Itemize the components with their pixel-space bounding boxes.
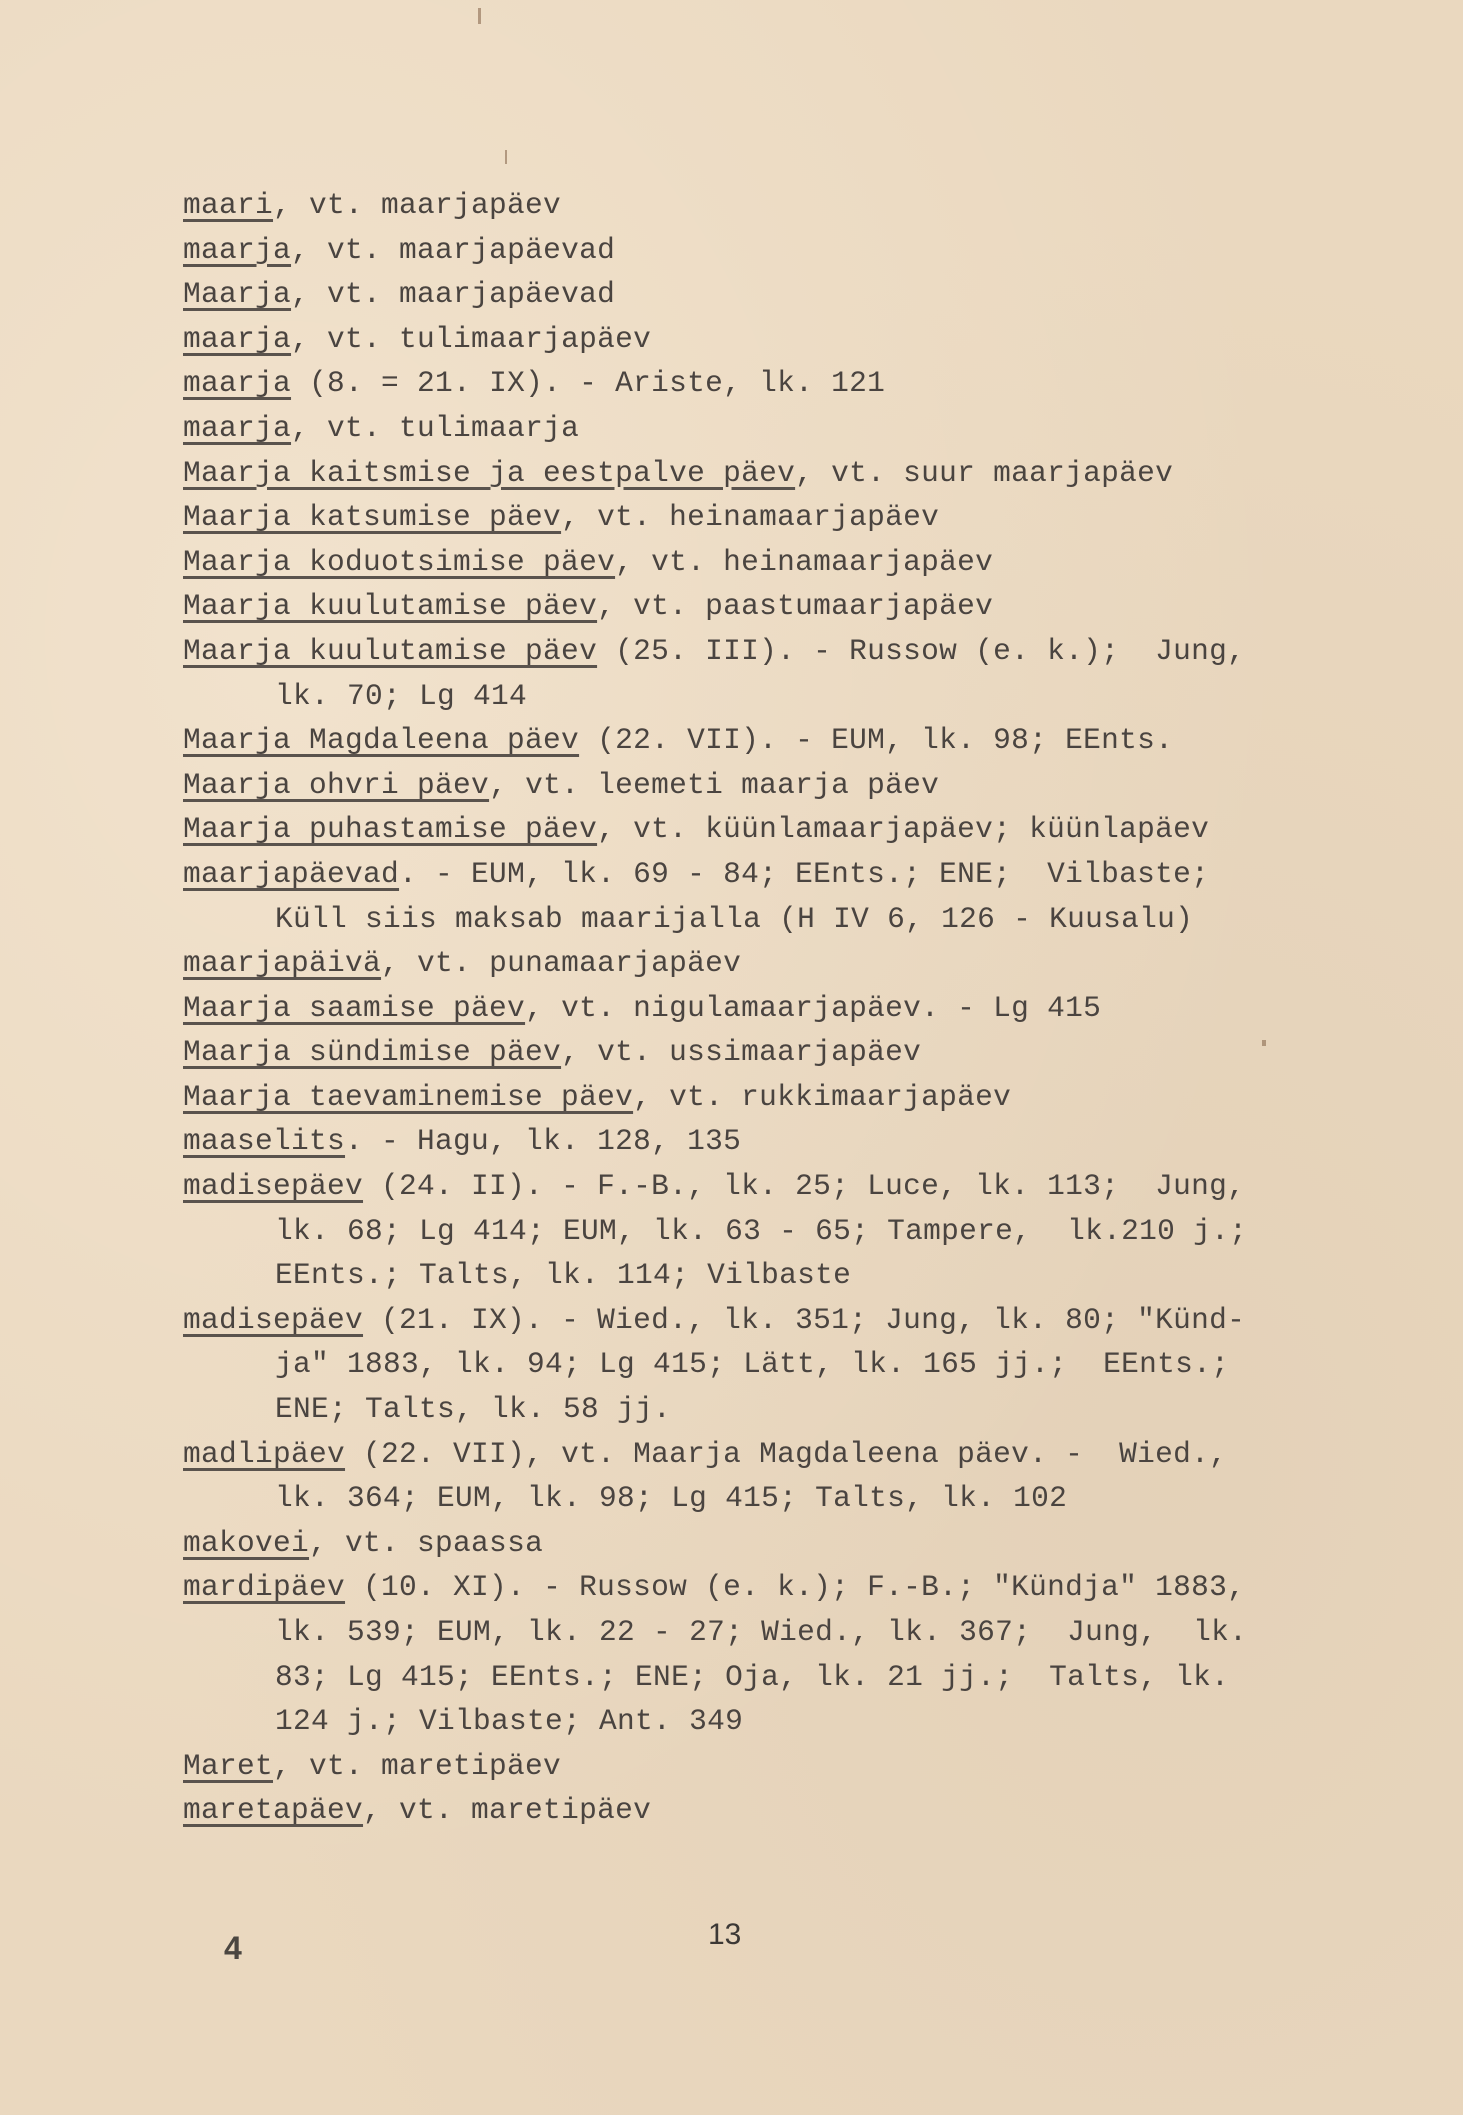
entry-headword: Maarja kuulutamise päev [183, 634, 597, 668]
entry-text: , vt. maarjapäev [273, 188, 561, 222]
entry: maarja, vt. maarjapäevad [183, 228, 1293, 273]
entry-continuation: lk. 70; Lg 414 [183, 674, 1293, 719]
entry: Maarja katsumise päev, vt. heinamaarjapä… [183, 495, 1293, 540]
entry-headword: madlipäev [183, 1437, 345, 1471]
entry-headword: mardipäev [183, 1570, 345, 1604]
entry-text: , vt. suur maarjapäev [795, 456, 1173, 490]
entry-text: , vt. punamaarjapäev [381, 946, 741, 980]
entry: maarjapäivä, vt. punamaarjapäev [183, 941, 1293, 986]
entry: maari, vt. maarjapäev [183, 183, 1293, 228]
entry-text: , vt. ussimaarjapäev [561, 1035, 921, 1069]
entry-headword: Maarja katsumise päev [183, 500, 561, 534]
entry-text: , vt. spaassa [309, 1526, 543, 1560]
entry-headword: Maarja saamise päev [183, 991, 525, 1025]
entry: maretapäev, vt. maretipäev [183, 1788, 1293, 1833]
entry-text: (10. XI). - Russow (e. k.); F.-B.; "Künd… [345, 1570, 1245, 1604]
entry: Maarja saamise päev, vt. nigulamaarjapäe… [183, 986, 1293, 1031]
entry-text: , vt. tulimaarja [291, 411, 579, 445]
entry-text: , vt. leemeti maarja päev [489, 768, 939, 802]
entry-headword: Maarja taevaminemise päev [183, 1080, 633, 1114]
entry: Maarja kaitsmise ja eestpalve päev, vt. … [183, 451, 1293, 496]
entry-continuation: lk. 364; EUM, lk. 98; Lg 415; Talts, lk.… [183, 1476, 1293, 1521]
entry-headword: Maarja Magdaleena päev [183, 723, 579, 757]
entry-text: , vt. maretipäev [273, 1749, 561, 1783]
entry-headword: Maarja kuulutamise päev [183, 589, 597, 623]
entry-headword: makovei [183, 1526, 309, 1560]
sheet-mark: 4 [224, 1930, 242, 1967]
entry: Maarja koduotsimise päev, vt. heinamaarj… [183, 540, 1293, 585]
entry: Maarja kuulutamise päev (25. III). - Rus… [183, 629, 1293, 674]
entry-headword: Maarja kaitsmise ja eestpalve päev [183, 456, 795, 490]
entry-text: , vt. maarjapäevad [291, 233, 615, 267]
entry: Maarja Magdaleena päev (22. VII). - EUM,… [183, 718, 1293, 763]
entry-continuation: lk. 68; Lg 414; EUM, lk. 63 - 65; Tamper… [183, 1209, 1293, 1254]
paper-speck [505, 150, 507, 164]
entry-headword: Maarja [183, 277, 291, 311]
entry: maarjapäevad. - EUM, lk. 69 - 84; EEnts.… [183, 852, 1293, 897]
entry: Maarja taevaminemise päev, vt. rukkimaar… [183, 1075, 1293, 1120]
entry-headword: madisepäev [183, 1169, 363, 1203]
entry: maarja, vt. tulimaarjapäev [183, 317, 1293, 362]
entry-text: , vt. nigulamaarjapäev. - Lg 415 [525, 991, 1101, 1025]
entry-text: , vt. tulimaarjapäev [291, 322, 651, 356]
entry-text: . - EUM, lk. 69 - 84; EEnts.; ENE; Vilba… [399, 857, 1209, 891]
entry-continuation: Küll siis maksab maarijalla (H IV 6, 126… [183, 897, 1293, 942]
entry-text: , vt. heinamaarjapäev [615, 545, 993, 579]
entry-headword: Maarja puhastamise päev [183, 812, 597, 846]
entry: makovei, vt. spaassa [183, 1521, 1293, 1566]
entry-headword: maarja [183, 322, 291, 356]
entry: maaselits. - Hagu, lk. 128, 135 [183, 1119, 1293, 1164]
entry: madlipäev (22. VII), vt. Maarja Magdalee… [183, 1432, 1293, 1477]
entry: madisepäev (24. II). - F.-B., lk. 25; Lu… [183, 1164, 1293, 1209]
entry-continuation: lk. 539; EUM, lk. 22 - 27; Wied., lk. 36… [183, 1610, 1293, 1655]
entry-headword: maari [183, 188, 273, 222]
entry-text: (8. = 21. IX). - Ariste, lk. 121 [291, 366, 885, 400]
entry-text: , vt. maretipäev [363, 1793, 651, 1827]
glossary-entries: maari, vt. maarjapäev maarja, vt. maarja… [183, 183, 1293, 1833]
entry-headword: maarjapäevad [183, 857, 399, 891]
document-page: maari, vt. maarjapäev maarja, vt. maarja… [0, 0, 1463, 2115]
entry-continuation: EEnts.; Talts, lk. 114; Vilbaste [183, 1253, 1293, 1298]
entry-headword: Maarja sündimise päev [183, 1035, 561, 1069]
entry: Maret, vt. maretipäev [183, 1744, 1293, 1789]
entry-continuation: ja" 1883, lk. 94; Lg 415; Lätt, lk. 165 … [183, 1342, 1293, 1387]
entry: madisepäev (21. IX). - Wied., lk. 351; J… [183, 1298, 1293, 1343]
entry-headword: maaselits [183, 1124, 345, 1158]
entry-headword: maarja [183, 411, 291, 445]
entry-text: , vt. maarjapäevad [291, 277, 615, 311]
entry-text: . - Hagu, lk. 128, 135 [345, 1124, 741, 1158]
entry-text: , vt. paastumaarjapäev [597, 589, 993, 623]
entry: maarja (8. = 21. IX). - Ariste, lk. 121 [183, 361, 1293, 406]
entry-headword: maarjapäivä [183, 946, 381, 980]
entry-continuation: 124 j.; Vilbaste; Ant. 349 [183, 1699, 1293, 1744]
entry-text: (25. III). - Russow (e. k.); Jung, [597, 634, 1245, 668]
entry: maarja, vt. tulimaarja [183, 406, 1293, 451]
entry-text: (24. II). - F.-B., lk. 25; Luce, lk. 113… [363, 1169, 1245, 1203]
entry-headword: maretapäev [183, 1793, 363, 1827]
entry: mardipäev (10. XI). - Russow (e. k.); F.… [183, 1565, 1293, 1610]
entry-text: (21. IX). - Wied., lk. 351; Jung, lk. 80… [363, 1303, 1245, 1337]
entry-headword: Maarja koduotsimise päev [183, 545, 615, 579]
entry: Maarja puhastamise päev, vt. küünlamaarj… [183, 807, 1293, 852]
entry-headword: Maret [183, 1749, 273, 1783]
entry-text: , vt. küünlamaarjapäev; küünlapäev [597, 812, 1209, 846]
entry-text: (22. VII). - EUM, lk. 98; EEnts. [579, 723, 1173, 757]
entry-headword: maarja [183, 366, 291, 400]
page-number: 13 [708, 1918, 741, 1952]
entry-headword: Maarja ohvri päev [183, 768, 489, 802]
entry: Maarja kuulutamise päev, vt. paastumaarj… [183, 584, 1293, 629]
entry: Maarja sündimise päev, vt. ussimaarjapäe… [183, 1030, 1293, 1075]
entry-text: (22. VII), vt. Maarja Magdaleena päev. -… [345, 1437, 1227, 1471]
entry-continuation: ENE; Talts, lk. 58 jj. [183, 1387, 1293, 1432]
entry-text: , vt. heinamaarjapäev [561, 500, 939, 534]
entry-headword: madisepäev [183, 1303, 363, 1337]
paper-speck [478, 8, 481, 24]
entry-headword: maarja [183, 233, 291, 267]
entry: Maarja ohvri päev, vt. leemeti maarja pä… [183, 763, 1293, 808]
entry-text: , vt. rukkimaarjapäev [633, 1080, 1011, 1114]
entry: Maarja, vt. maarjapäevad [183, 272, 1293, 317]
paper-speck [1262, 1040, 1266, 1046]
entry-continuation: 83; Lg 415; EEnts.; ENE; Oja, lk. 21 jj.… [183, 1655, 1293, 1700]
